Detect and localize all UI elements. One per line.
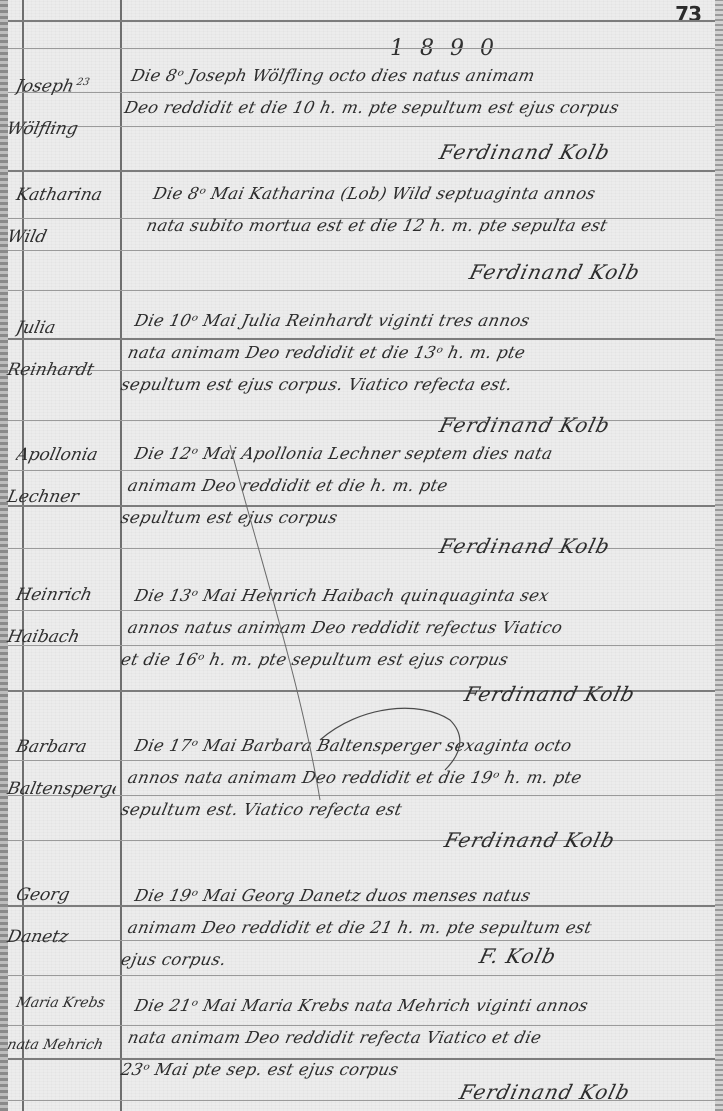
priest-signature: Ferdinand Kolb: [437, 534, 613, 558]
entry-line: Die 8ᵒ Mai Katharina (Lob) Wild septuagi…: [150, 178, 723, 210]
entry-line: sepultum est ejus corpus: [118, 502, 695, 534]
entry-line: sepultum est ejus corpus. Viatico refect…: [118, 369, 695, 401]
entry-line: Die 17ᵒ Mai Barbara Baltensperger sexagi…: [131, 730, 708, 762]
entry-line: nata subito mortua est et die 12 h. m. p…: [143, 210, 720, 242]
deceased-name-margin: Katharina Wild: [3, 174, 129, 258]
entry-line: Die 12ᵒ Mai Apollonia Lechner septem die…: [131, 438, 708, 470]
column-rule-margin: [120, 0, 122, 1111]
entry-line: et die 16ᵒ h. m. pte sepultum est ejus c…: [118, 644, 695, 676]
priest-signature: Ferdinand Kolb: [457, 1080, 633, 1104]
given-name: Apollonia: [14, 445, 99, 465]
binding-edge-right: [715, 0, 723, 1111]
entry-text: Die 17ᵒ Mai Barbara Baltensperger sexagi…: [118, 730, 708, 826]
entry-text: Die 10ᵒ Mai Julia Reinhardt viginti tres…: [118, 305, 708, 401]
priest-signature: Ferdinand Kolb: [442, 828, 618, 852]
ruled-line: [8, 250, 715, 251]
priest-signature: Ferdinand Kolb: [437, 140, 613, 164]
deceased-name-margin: Joseph23 Wölfling: [3, 62, 130, 150]
deceased-name-margin: Apollonia Lechner: [3, 434, 129, 518]
given-name: Joseph: [14, 77, 76, 97]
entry-line: sepultum est. Viatico refecta est: [118, 794, 695, 826]
priest-signature: Ferdinand Kolb: [462, 682, 638, 706]
entry-line: Deo reddidit et die 10 h. m. pte sepultu…: [121, 92, 698, 124]
entry-line: animam Deo reddidit et die h. m. pte: [125, 470, 702, 502]
surname: nata Mehrich: [6, 1037, 105, 1053]
surname: Wölfling: [5, 119, 80, 139]
surname: Baltensperger: [5, 779, 129, 799]
surname: Reinhardt: [5, 360, 95, 380]
deceased-name-margin: Barbara Baltensperger: [3, 726, 129, 810]
ruled-line: [8, 20, 715, 22]
entry-text: Die 21ᵒ Mai Maria Krebs nata Mehrich vig…: [118, 990, 708, 1086]
surname: Haibach: [5, 627, 81, 647]
surname: Wild: [5, 227, 48, 247]
given-name: Barbara: [14, 737, 88, 757]
priest-signature: F. Kolb: [477, 944, 559, 968]
entry-line: Die 10ᵒ Mai Julia Reinhardt viginti tres…: [131, 305, 708, 337]
page-number: 73: [675, 2, 701, 26]
priest-signature: Ferdinand Kolb: [467, 260, 643, 284]
ruled-line: [8, 48, 715, 49]
entry-line: nata animam Deo reddidit refecta Viatico…: [125, 1022, 702, 1054]
deceased-name-margin: Julia Reinhardt: [3, 307, 129, 391]
ruled-line: [8, 290, 715, 291]
entry-text: Die 12ᵒ Mai Apollonia Lechner septem die…: [118, 438, 708, 534]
entry-line: Die 8ᵒ Joseph Wölfling octo dies natus a…: [128, 60, 705, 92]
register-page: 73 1890 Joseph23 Wölfling Die 8ᵒ Joseph …: [0, 0, 723, 1111]
given-name: Maria Krebs: [15, 995, 107, 1011]
entry-line: annos nata animam Deo reddidit et die 19…: [125, 762, 702, 794]
surname: Danetz: [5, 927, 70, 947]
entry-text: Die 8ᵒ Mai Katharina (Lob) Wild septuagi…: [143, 178, 723, 242]
entry-text: Die 8ᵒ Joseph Wölfling octo dies natus a…: [121, 60, 705, 124]
entry-line: ejus corpus.: [118, 944, 695, 976]
given-name: Heinrich: [14, 585, 94, 605]
deceased-name-margin: Georg Danetz: [3, 874, 129, 958]
given-name: Katharina: [14, 185, 104, 205]
entry-text: Die 13ᵒ Mai Heinrich Haibach quinquagint…: [118, 580, 708, 676]
deceased-name-margin: Maria Krebs nata Mehrich: [3, 982, 129, 1066]
priest-signature: Ferdinand Kolb: [437, 413, 613, 437]
given-name: Georg: [14, 885, 71, 905]
margin-note: 23: [75, 77, 90, 88]
entry-line: Die 19ᵒ Mai Georg Danetz duos menses nat…: [131, 880, 708, 912]
deceased-name-margin: Heinrich Haibach: [3, 574, 129, 658]
entry-text: Die 19ᵒ Mai Georg Danetz duos menses nat…: [118, 880, 708, 976]
entry-line: annos natus animam Deo reddidit refectus…: [125, 612, 702, 644]
surname: Lechner: [5, 487, 80, 507]
ruled-line: [8, 170, 715, 172]
entry-line: animam Deo reddidit et die 21 h. m. pte …: [125, 912, 702, 944]
entry-line: Die 13ᵒ Mai Heinrich Haibach quinquagint…: [131, 580, 708, 612]
entry-line: Die 21ᵒ Mai Maria Krebs nata Mehrich vig…: [131, 990, 708, 1022]
entry-line: nata animam Deo reddidit et die 13ᵒ h. m…: [125, 337, 702, 369]
given-name: Julia: [14, 318, 57, 338]
